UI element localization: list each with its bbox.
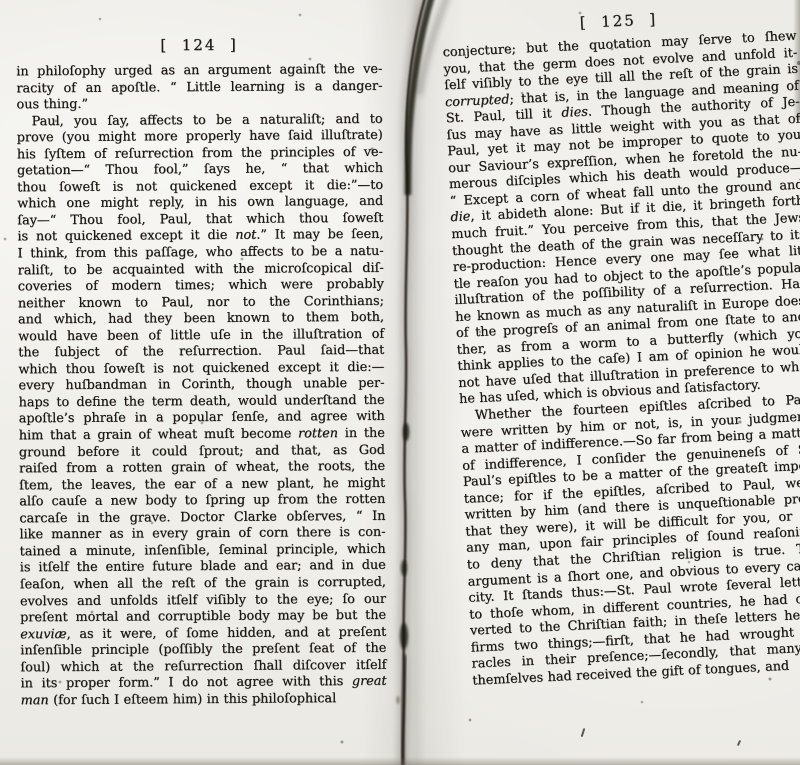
page-125: [ 125 ] conjecture; but the quotation ma… <box>441 4 800 690</box>
paragraph-conjecture: conjecture; but the quotation may ſerve … <box>442 29 800 409</box>
text-line: coveries of modern times; which were pro… <box>18 277 384 296</box>
scan-bottom-edge <box>0 757 800 765</box>
text-line: man (for ſuch I eſteem him) in this phil… <box>21 690 387 709</box>
paper-specks <box>0 0 2 2</box>
text-line: ſeaſon, when all the reſt of the grain i… <box>20 575 386 594</box>
text-line: him that a grain of wheat muſt become ro… <box>19 426 385 445</box>
ink-slash-mark <box>581 728 585 737</box>
text-line: racity of an apoſtle. “ Little learning … <box>16 78 382 97</box>
text-line: I think, from this paſſage, who affects … <box>17 244 383 263</box>
page-124: [ 124 ] in philoſophy urged as an argume… <box>16 35 387 710</box>
paragraph-paul-naturalist: Paul, you ſay, affects to be a naturaliſ… <box>17 111 387 709</box>
text-line: in philoſophy urged as an argument again… <box>16 62 382 81</box>
text-line: preſent mortal and corruptible body may … <box>20 608 386 627</box>
book-scan: [ 124 ] in philoſophy urged as an argume… <box>0 0 800 765</box>
page-number-left: [ 124 ] <box>16 35 382 56</box>
paragraph-epistles: Whether the fourteen epiſtles aſcribed t… <box>460 392 800 690</box>
paragraph-continuation: in philoſophy urged as an argument again… <box>16 62 382 114</box>
ink-comma-mark <box>737 740 741 746</box>
text-line: raiſed from a rotten grain of wheat, the… <box>19 459 385 478</box>
